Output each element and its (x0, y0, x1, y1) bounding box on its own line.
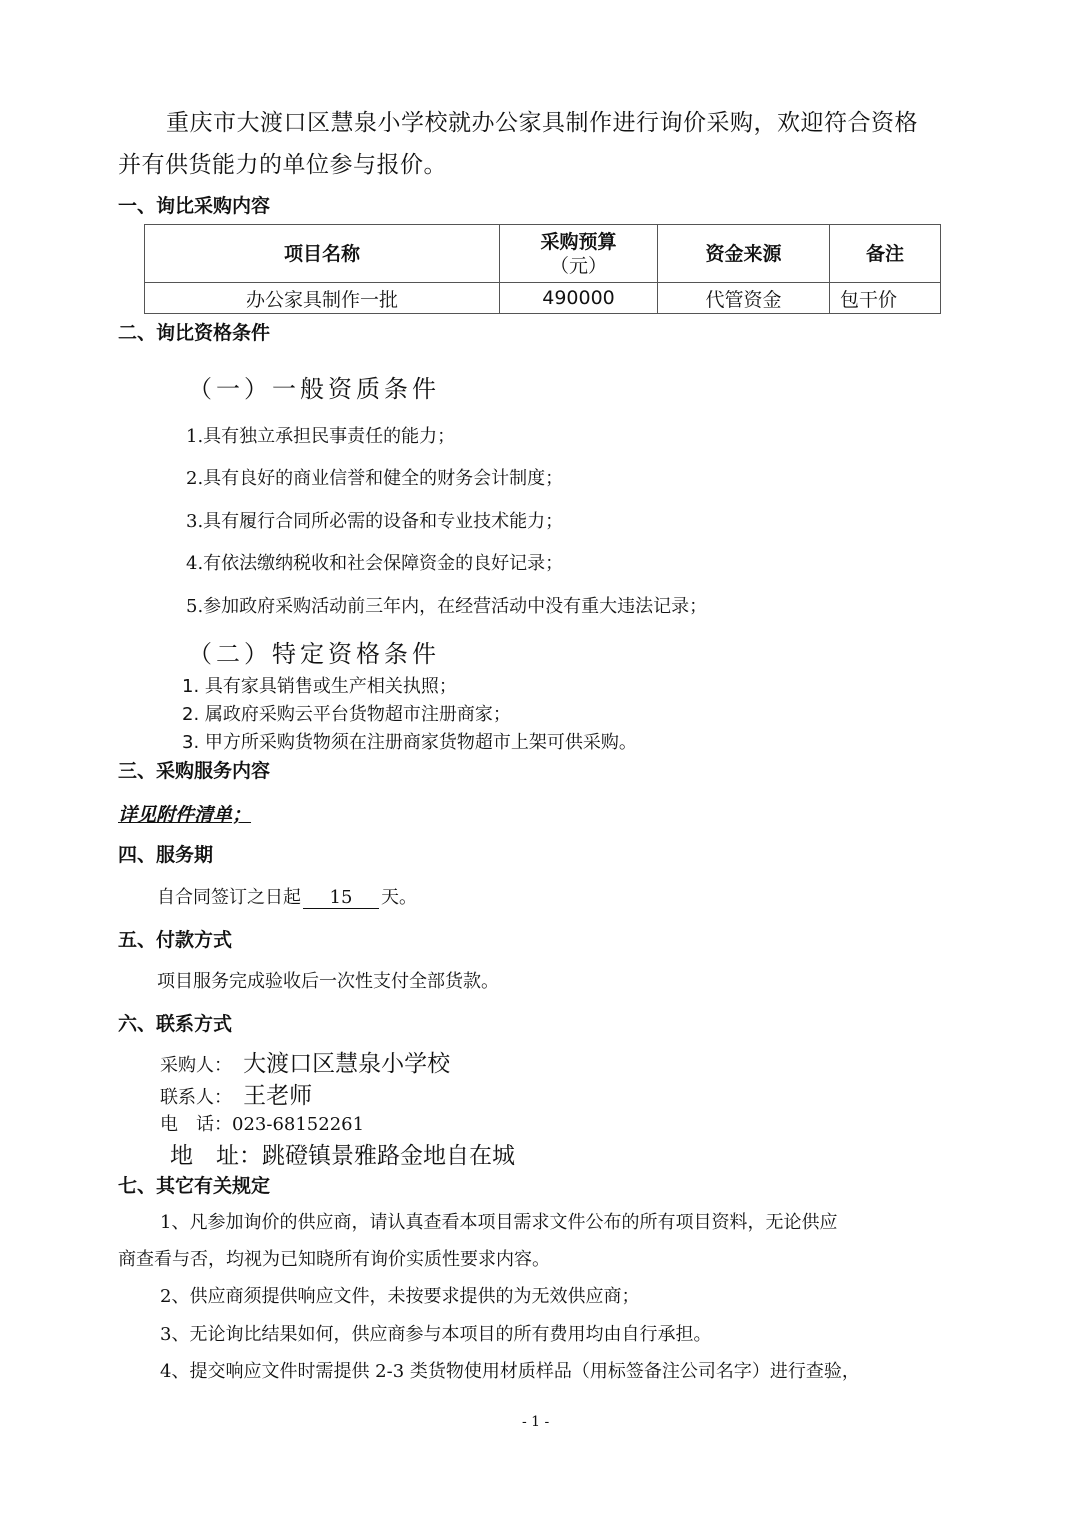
general-condition-1: 1.具有独立承担民事责任的能力； (186, 422, 455, 448)
service-period-prefix: 自合同签订之日起 (157, 887, 301, 908)
service-period: 自合同签订之日起15天。 (157, 883, 417, 909)
cell-fund-source: 代管资金 (658, 283, 830, 314)
contact-row: 联系人： 王老师 (160, 1077, 312, 1110)
rule-1-line-2: 商查看与否，均视为已知晓所有询价实质性要求内容。 (118, 1245, 550, 1271)
section-4-title: 四、服务期 (118, 840, 213, 867)
col-header-remarks: 备注 (830, 225, 941, 283)
attachment-list-link[interactable]: 详见附件清单； (118, 800, 251, 827)
address-label: 地 址： (170, 1143, 262, 1169)
col-header-budget: 采购预算 （元） (500, 225, 658, 283)
section-1-title: 一、询比采购内容 (118, 191, 270, 218)
cell-remarks: 包干价 (830, 283, 941, 314)
table-header-row: 项目名称 采购预算 （元） 资金来源 备注 (145, 225, 941, 283)
contact-value: 王老师 (243, 1083, 312, 1109)
col-header-fund-source: 资金来源 (658, 225, 830, 283)
purchaser-row: 采购人： 大渡口区慧泉小学校 (160, 1045, 450, 1078)
rule-1-line-1: 1、凡参加询价的供应商，请认真查看本项目需求文件公布的所有项目资料，无论供应 (160, 1208, 837, 1234)
service-period-suffix: 天。 (381, 887, 417, 908)
col-header-project-name: 项目名称 (145, 225, 500, 283)
intro-line-2: 并有供货能力的单位参与报价。 (118, 146, 447, 179)
section-5-title: 五、付款方式 (118, 925, 232, 952)
table-row: 办公家具制作一批 490000 代管资金 包干价 (145, 283, 941, 314)
col-header-budget-line2: （元） (500, 254, 657, 278)
specific-condition-2: 2. 属政府采购云平台货物超市注册商家； (182, 700, 511, 726)
rule-2: 2、供应商须提供响应文件，未按要求提供的为无效供应商； (160, 1282, 639, 1308)
specific-condition-3: 3. 甲方所采购货物须在注册商家货物超市上架可供采购。 (182, 728, 637, 754)
rule-3: 3、无论询比结果如何，供应商参与本项目的所有费用均由自行承担。 (160, 1320, 711, 1346)
general-condition-3: 3.具有履行合同所必需的设备和专业技术能力； (186, 507, 563, 533)
section-6-title: 六、联系方式 (118, 1009, 232, 1036)
specific-conditions-title: （二）特定资格条件 (188, 634, 440, 669)
cell-budget: 490000 (500, 283, 658, 314)
general-condition-5: 5.参加政府采购活动前三年内，在经营活动中没有重大违法记录； (186, 592, 707, 618)
section-7-title: 七、其它有关规定 (118, 1171, 270, 1198)
specific-condition-1: 1. 具有家具销售或生产相关执照； (182, 672, 457, 698)
purchaser-value: 大渡口区慧泉小学校 (243, 1051, 450, 1077)
page-number: - 1 - (522, 1414, 549, 1430)
phone-value: 023-68152261 (232, 1114, 364, 1135)
general-conditions-title: （一）一般资质条件 (188, 369, 440, 404)
section-3-title: 三、采购服务内容 (118, 756, 270, 783)
rule-4: 4、提交响应文件时需提供 2-3 类货物使用材质样品（用标签备注公司名字）进行查… (160, 1357, 860, 1383)
general-condition-4: 4.有依法缴纳税收和社会保障资金的良好记录； (186, 549, 563, 575)
address-value: 跳磴镇景雅路金地自在城 (262, 1143, 515, 1169)
phone-row: 电 话：023-68152261 (160, 1110, 364, 1136)
section-2-title: 二、询比资格条件 (118, 318, 270, 345)
col-header-budget-line1: 采购预算 (500, 230, 657, 254)
service-period-days: 15 (303, 887, 379, 909)
purchaser-label: 采购人： (160, 1055, 232, 1076)
general-condition-2: 2.具有良好的商业信誉和健全的财务会计制度； (186, 464, 563, 490)
cell-project-name: 办公家具制作一批 (145, 283, 500, 314)
phone-label: 电 话： (160, 1114, 232, 1135)
payment-method: 项目服务完成验收后一次性支付全部货款。 (157, 967, 499, 993)
contact-label: 联系人： (160, 1087, 232, 1108)
procurement-table: 项目名称 采购预算 （元） 资金来源 备注 办公家具制作一批 490000 代管… (144, 224, 941, 314)
address-row: 地 址：跳磴镇景雅路金地自在城 (170, 1137, 515, 1170)
intro-line-1: 重庆市大渡口区慧泉小学校就办公家具制作进行询价采购，欢迎符合资格 (166, 104, 918, 137)
